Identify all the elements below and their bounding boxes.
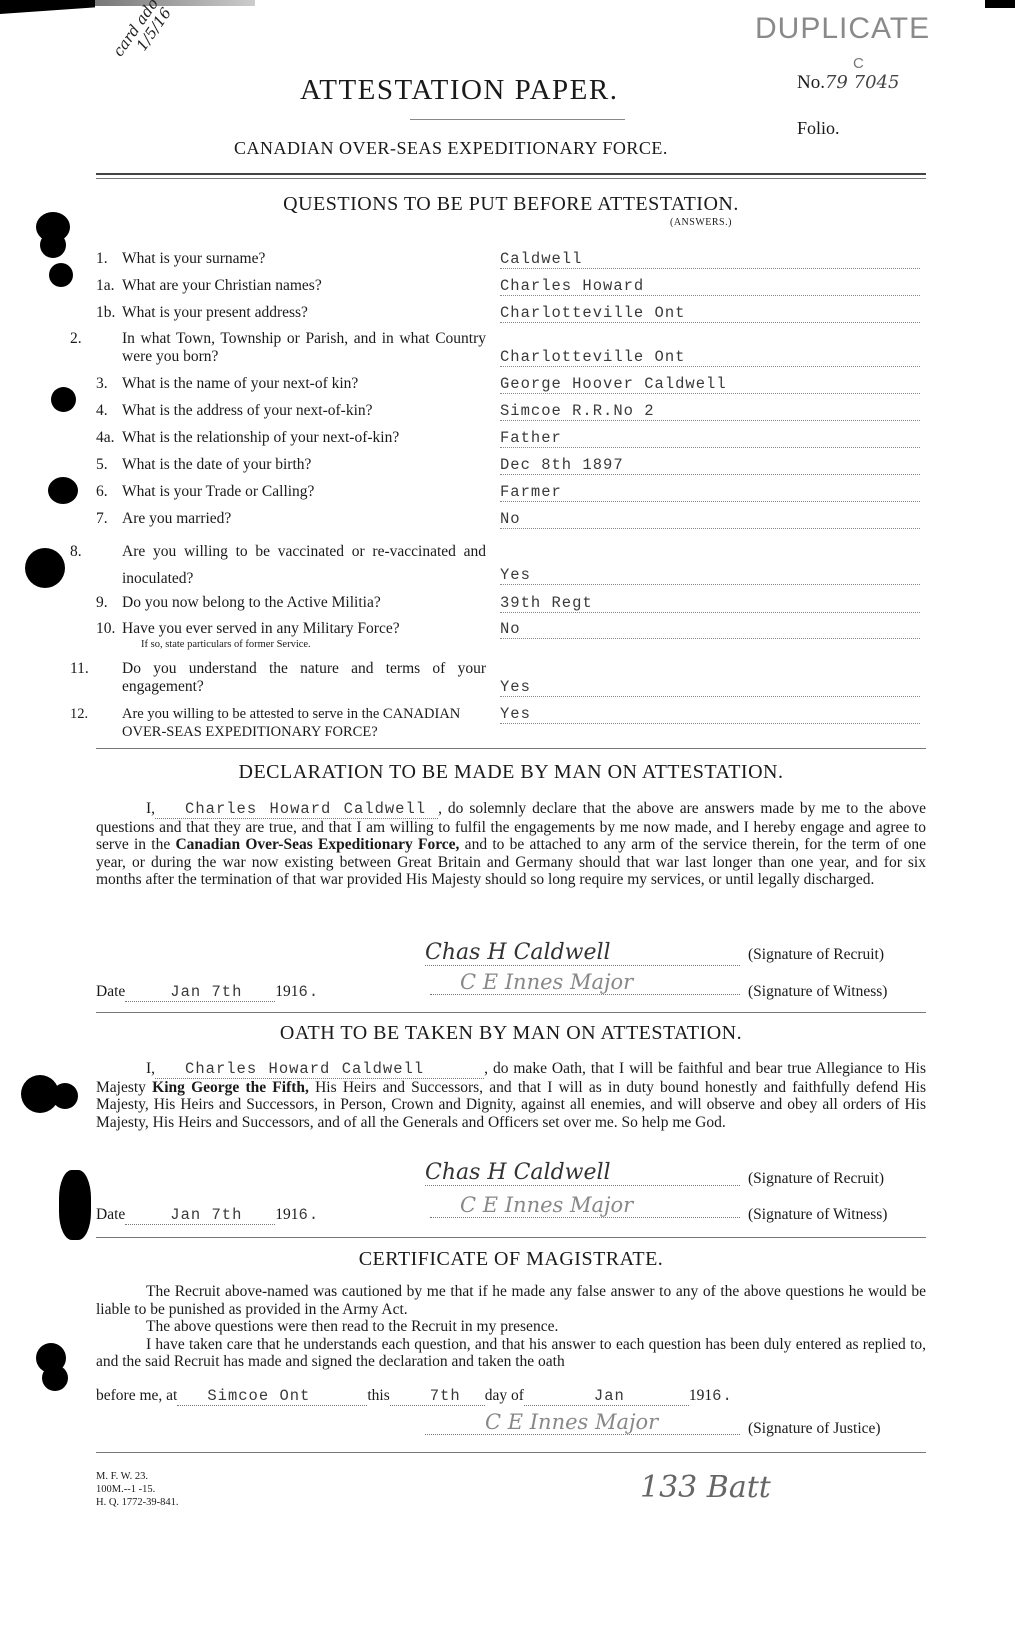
punch-hole: [49, 263, 73, 287]
magistrate-month[interactable]: Jan: [524, 1387, 689, 1406]
header-double-rule: [96, 173, 926, 175]
oath-witness-signature-label: (Signature of Witness): [748, 1206, 887, 1224]
magistrate-day[interactable]: 7th: [390, 1387, 485, 1406]
oath-recruit-signature-label: (Signature of Recruit): [748, 1170, 884, 1188]
questions-title: QUESTIONS TO BE PUT BEFORE ATTESTATION.: [96, 193, 926, 216]
battalion-note: 133 Batt: [640, 1470, 771, 1505]
question-4: 4.What is the address of your next-of-ki…: [96, 402, 486, 420]
oath-date[interactable]: Jan 7th: [125, 1206, 275, 1225]
answer-married[interactable]: No: [500, 510, 920, 529]
scan-edge-top-right: [985, 0, 1015, 8]
oath-date-row: DateJan 7th1916.: [96, 1206, 319, 1225]
print-run: 100M.--1 -15.: [96, 1483, 179, 1496]
scan-edge-top-left: [0, 0, 95, 14]
oath-text: I,Charles Howard Caldwell, do make Oath,…: [96, 1060, 926, 1131]
section-divider: [96, 748, 926, 749]
punch-hole: [48, 477, 78, 504]
question-1: 1.What is your surname?: [96, 250, 486, 268]
answer-present-address[interactable]: Charlotteville Ont: [500, 304, 920, 323]
punch-hole: [51, 387, 76, 412]
answer-understand-terms[interactable]: Yes: [500, 678, 920, 697]
justice-signature[interactable]: C E Innes Major: [425, 1410, 740, 1435]
answer-birthplace[interactable]: Charlotteville Ont: [500, 348, 920, 367]
declaration-title: DECLARATION TO BE MADE BY MAN ON ATTESTA…: [96, 761, 926, 784]
answer-next-of-kin-relationship[interactable]: Father: [500, 429, 920, 448]
oath-title: OATH TO BE TAKEN BY MAN ON ATTESTATION.: [96, 1022, 926, 1045]
answer-next-of-kin-name[interactable]: George Hoover Caldwell: [500, 375, 920, 394]
magistrate-year-suffix[interactable]: 6.: [712, 1387, 733, 1405]
declaration-witness-signature[interactable]: C E Innes Major: [430, 970, 740, 995]
declaration-year-suffix[interactable]: 6.: [299, 983, 320, 1001]
question-6: 6.What is your Trade or Calling?: [96, 483, 486, 501]
answer-vaccinated[interactable]: Yes: [500, 566, 920, 585]
question-1a: 1a.What are your Christian names?: [96, 277, 486, 295]
punch-hole: [42, 1365, 68, 1391]
duplicate-stamp: DUPLICATE: [755, 12, 930, 46]
question-1b: 1b.What is your present address?: [96, 304, 486, 322]
number-value: 79 7045: [825, 72, 899, 93]
punch-hole: [40, 232, 66, 258]
question-7: 7.Are you married?: [96, 510, 486, 528]
declaration-name[interactable]: Charles Howard Caldwell: [155, 800, 438, 819]
declaration-recruit-signature-label: (Signature of Recruit): [748, 946, 884, 964]
section-divider: [96, 1012, 926, 1013]
answer-military-service[interactable]: No: [500, 620, 920, 639]
answer-active-militia[interactable]: 39th Regt: [500, 594, 920, 613]
serial-number: No.79 7045: [797, 72, 899, 94]
question-11: 11.Do you understand the nature and term…: [96, 660, 486, 696]
section-divider: [96, 1237, 926, 1238]
scan-edge-top-smudge: [95, 0, 255, 6]
question-10: 10.Have you ever served in any Military …: [96, 620, 486, 651]
serial-prefix-letter: C: [853, 55, 864, 72]
margin-note: card ado 1/5/16: [110, 0, 174, 68]
header-double-rule-2: [96, 178, 926, 179]
declaration-date-row: DateJan 7th1916.: [96, 983, 319, 1002]
question-12: 12.Are you willing to be attested to ser…: [96, 705, 486, 741]
oath-witness-signature[interactable]: C E Innes Major: [430, 1193, 740, 1218]
answers-column-label: (ANSWERS.): [670, 217, 732, 228]
question-4a: 4a.What is the relationship of your next…: [96, 429, 486, 447]
oath-recruit-signature[interactable]: Chas H Caldwell: [425, 1160, 740, 1186]
number-label: No.: [797, 72, 825, 93]
section-divider: [96, 1452, 926, 1453]
oath-year-suffix[interactable]: 6.: [299, 1206, 320, 1224]
document-subtitle: CANADIAN OVER-SEAS EXPEDITIONARY FORCE.: [234, 138, 794, 159]
oath-name[interactable]: Charles Howard Caldwell: [155, 1060, 484, 1079]
punch-hole: [25, 548, 65, 588]
declaration-witness-signature-label: (Signature of Witness): [748, 983, 887, 1001]
magistrate-place[interactable]: Simcoe Ont: [177, 1387, 367, 1406]
question-9: 9.Do you now belong to the Active Militi…: [96, 594, 486, 612]
folio-label: Folio.: [797, 118, 840, 139]
question-10-note: If so, state particulars of former Servi…: [96, 638, 486, 651]
answer-next-of-kin-address[interactable]: Simcoe R.R.No 2: [500, 402, 920, 421]
answer-willing-to-attest[interactable]: Yes: [500, 705, 920, 724]
answer-christian-names[interactable]: Charles Howard: [500, 277, 920, 296]
question-8: 8.Are you willing to be vaccinated or re…: [96, 538, 486, 592]
question-2: 2.In what Town, Township or Parish, and …: [96, 330, 486, 366]
form-codes: M. F. W. 23. 100M.--1 -15. H. Q. 1772-39…: [96, 1470, 179, 1509]
question-3: 3.What is the name of your next-of kin?: [96, 375, 486, 393]
magistrate-title: CERTIFICATE OF MAGISTRATE.: [96, 1248, 926, 1271]
punch-hole: [59, 1170, 91, 1240]
form-code: M. F. W. 23.: [96, 1470, 179, 1483]
question-5: 5.What is the date of your birth?: [96, 456, 486, 474]
answer-trade[interactable]: Farmer: [500, 483, 920, 502]
document-title: ATTESTATION PAPER.: [300, 74, 730, 107]
declaration-text: I,Charles Howard Caldwell, do solemnly d…: [96, 800, 926, 889]
answer-surname[interactable]: Caldwell: [500, 250, 920, 269]
title-ornament-rule: [410, 119, 625, 120]
magistrate-text: The Recruit above-named was cautioned by…: [96, 1283, 926, 1371]
answer-date-of-birth[interactable]: Dec 8th 1897: [500, 456, 920, 475]
declaration-recruit-signature[interactable]: Chas H Caldwell: [425, 940, 740, 966]
justice-signature-label: (Signature of Justice): [748, 1420, 881, 1438]
declaration-date[interactable]: Jan 7th: [125, 983, 275, 1002]
hq-reference: H. Q. 1772-39-841.: [96, 1496, 179, 1509]
punch-hole: [52, 1083, 78, 1109]
magistrate-place-date-row: before me, atSimcoe Ontthis7thday ofJan1…: [96, 1387, 926, 1406]
